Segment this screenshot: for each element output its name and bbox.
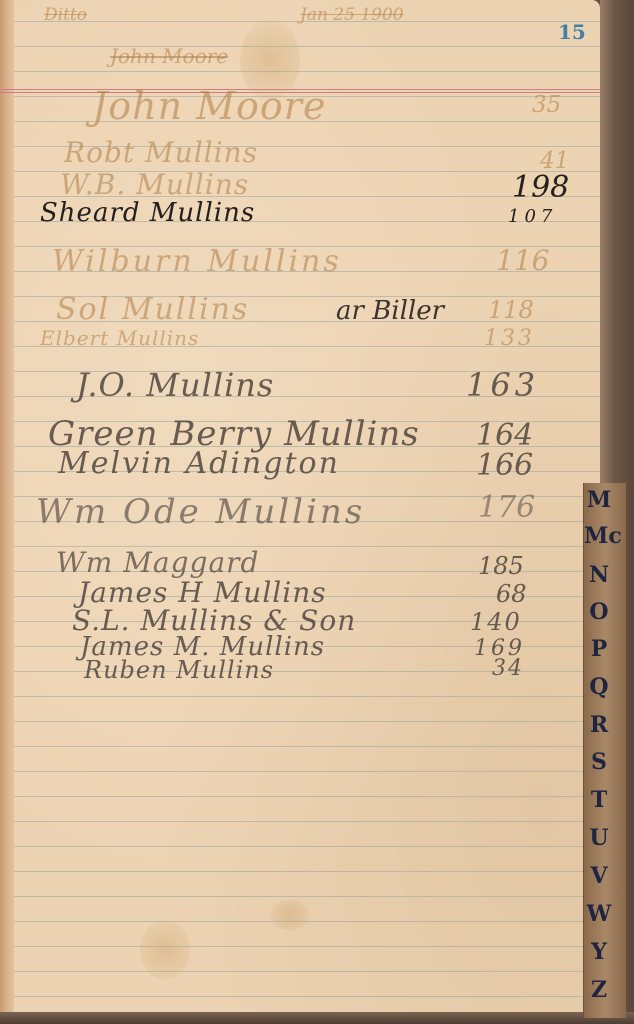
entry-number: 166	[476, 448, 533, 483]
entry-number: 68	[496, 580, 527, 608]
alphabet-index-tabs: M Mc N O P Q R S T U V W Y Z	[583, 483, 626, 1018]
entry-number: 35	[532, 92, 561, 118]
header-note: Ditto	[44, 5, 87, 25]
index-tab-u[interactable]: U	[584, 827, 614, 849]
book-edge-bottom	[0, 1012, 634, 1024]
index-tab-q[interactable]: Q	[584, 676, 614, 698]
entry-number: 198	[512, 170, 569, 205]
header-note: Jan 25 1900	[300, 5, 404, 25]
stain	[140, 920, 190, 980]
header-note: John Moore	[110, 44, 228, 68]
entry-name: Sheard Mullins	[40, 198, 255, 228]
entry-name: Wm Ode Mullins	[36, 492, 365, 532]
entry-name: Ruben Mullins	[84, 656, 274, 684]
entry-number: 116	[496, 244, 549, 277]
index-tab-y[interactable]: Y	[584, 941, 614, 963]
entry-name: Elbert Mullins	[40, 326, 199, 350]
index-tab-r[interactable]: R	[584, 714, 614, 736]
entry-number: 133	[484, 326, 535, 351]
entry-annotation: ar Biller	[336, 296, 444, 326]
entry-number: 176	[478, 490, 535, 525]
entry-number: 34	[492, 656, 524, 681]
entry-name: W.B. Mullins	[60, 168, 249, 201]
index-tab-p[interactable]: P	[584, 638, 614, 660]
entry-name: Wm Maggard	[56, 546, 259, 579]
entry-number: 140	[470, 608, 522, 636]
entry-name: Sol Mullins	[56, 292, 249, 327]
index-tab-v[interactable]: V	[584, 865, 614, 887]
index-tab-n[interactable]: N	[584, 564, 614, 586]
entry-name: Wilburn Mullins	[52, 244, 342, 279]
entry-name: Robt Mullins	[64, 136, 258, 169]
index-tab-o[interactable]: O	[584, 601, 614, 623]
entry-number: 163	[466, 366, 539, 404]
index-tab-s[interactable]: S	[584, 751, 614, 773]
page-number: 15	[558, 20, 586, 44]
index-tab-m[interactable]: M	[584, 489, 614, 511]
index-tab-mc-label: Mc	[584, 523, 622, 549]
index-tab-z[interactable]: Z	[584, 979, 614, 1001]
index-tab-t[interactable]: T	[584, 789, 614, 811]
index-tab-w[interactable]: W	[584, 903, 614, 925]
entry-number: 107	[508, 206, 557, 227]
index-tab-mc[interactable]: Mc	[584, 525, 614, 547]
ledger-page: 15 Ditto Jan 25 1900 John Moore John Moo…	[0, 0, 600, 1014]
entry-name: J.O. Mullins	[76, 366, 274, 404]
entry-number: 118	[488, 296, 534, 324]
binding-gutter	[0, 0, 14, 1024]
entry-number: 185	[478, 552, 524, 580]
entry-name: Melvin Adington	[58, 446, 340, 481]
entry-name: John Moore	[92, 84, 326, 128]
stain	[270, 900, 310, 930]
